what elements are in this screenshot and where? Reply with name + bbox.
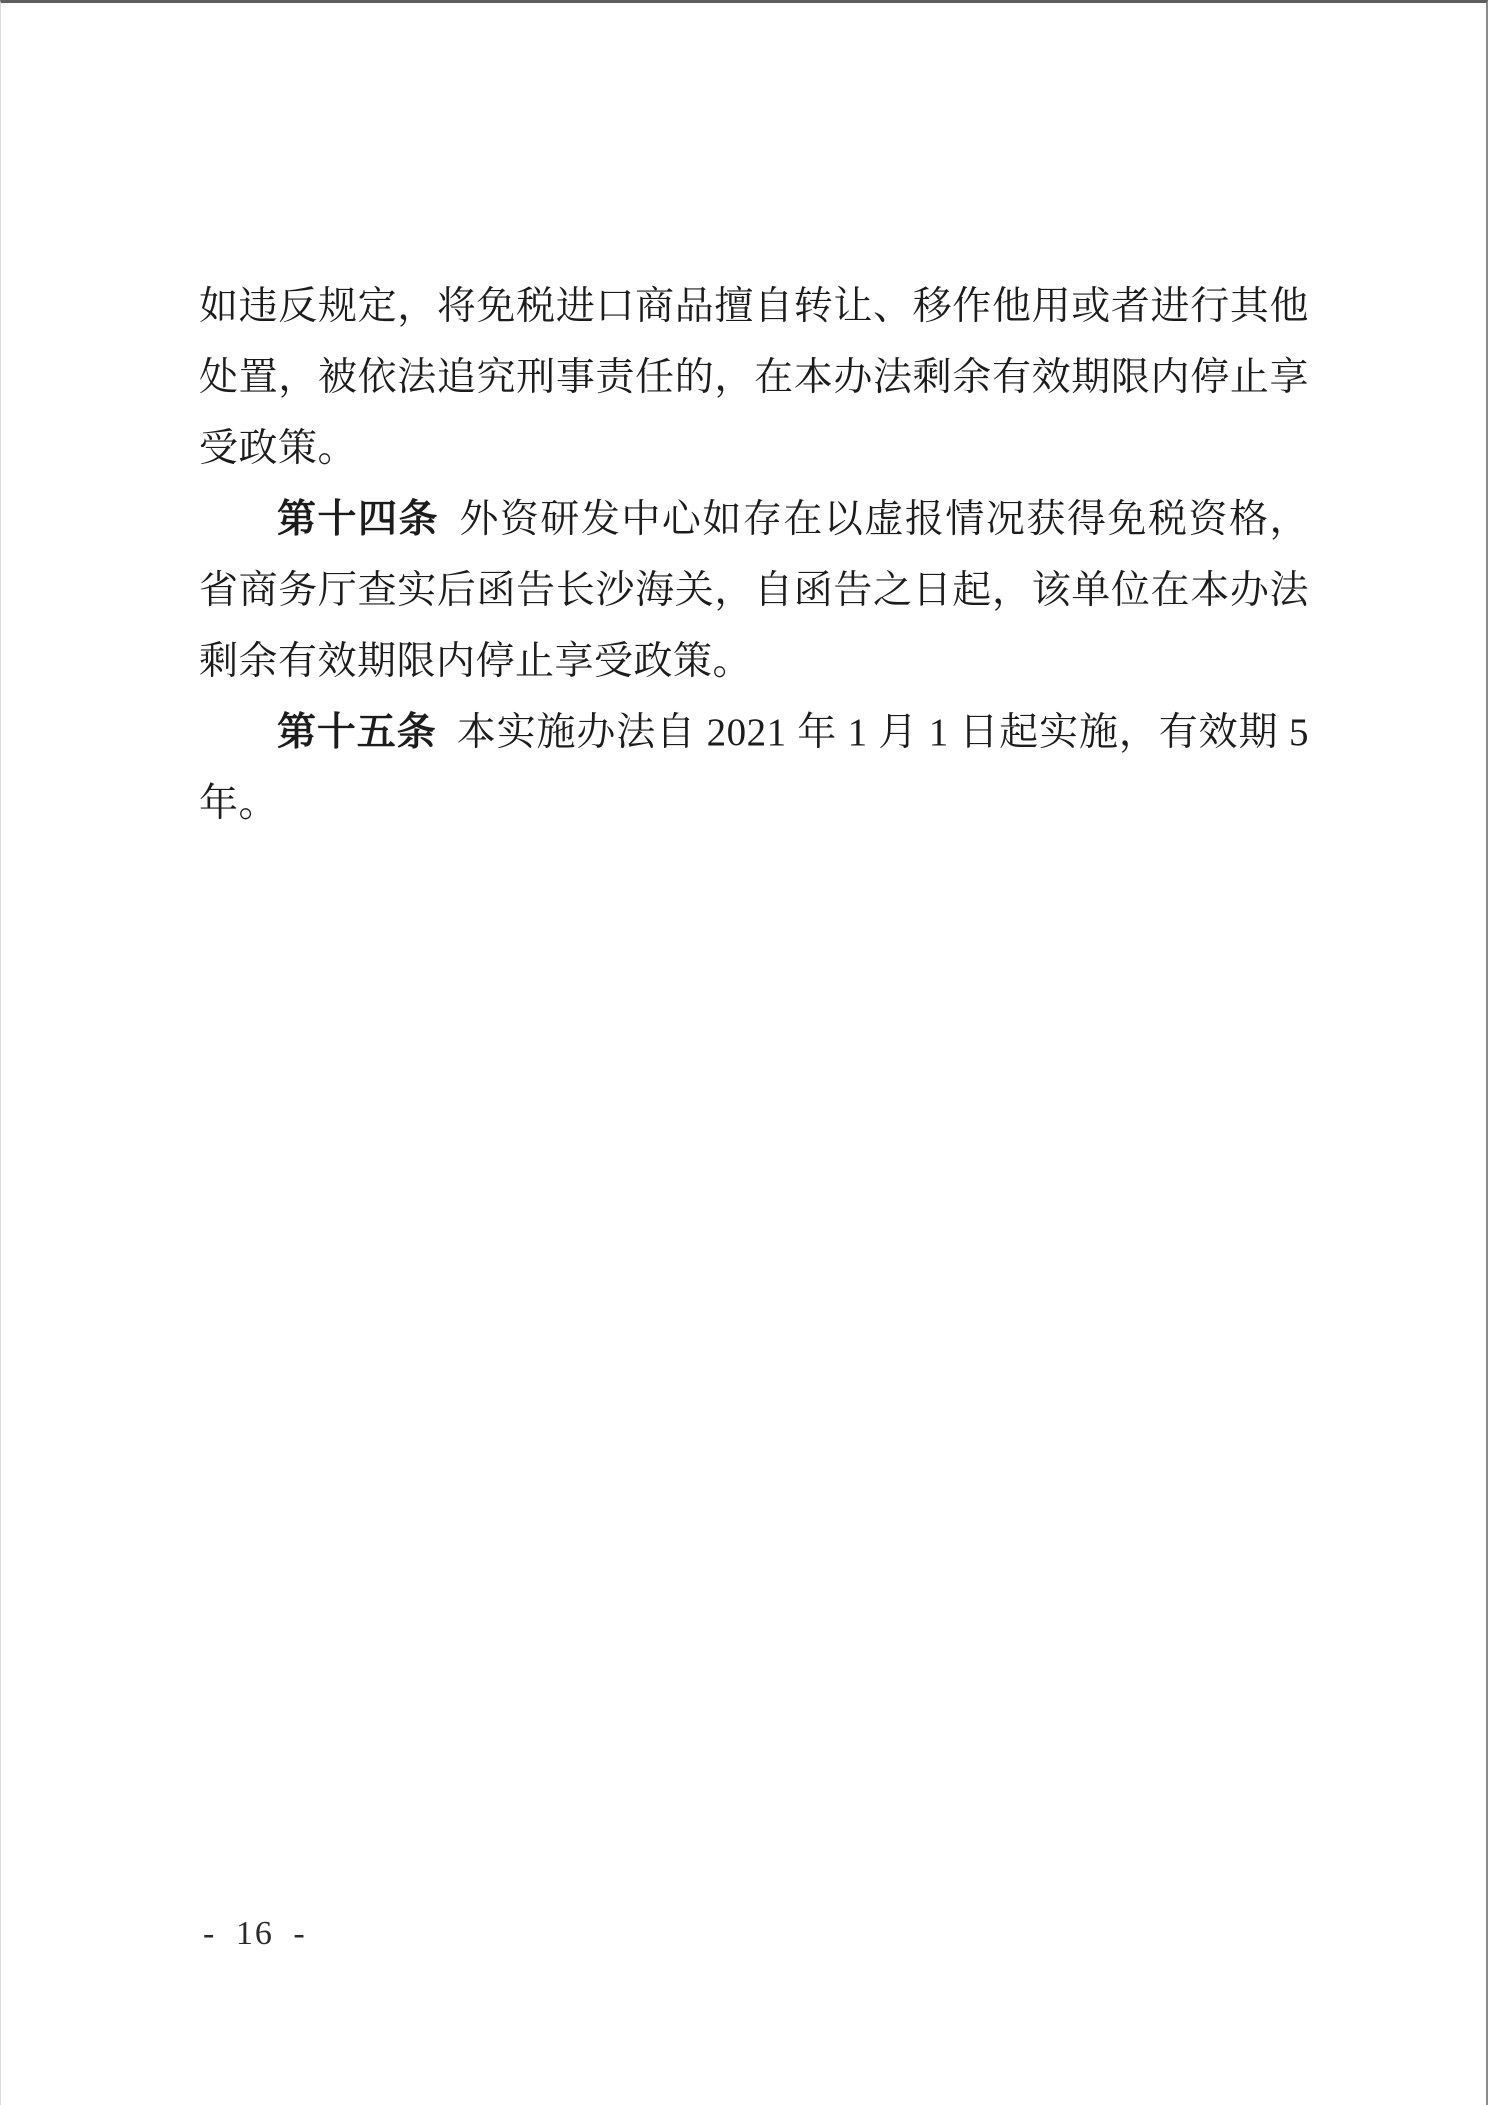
document-body: 如违反规定，将免税进口商品擅自转让、移作他用或者进行其他处置，被依法追究刑事责任…	[199, 271, 1309, 839]
article-15-label: 第十五条	[277, 711, 436, 754]
paragraph-continuation: 如违反规定，将免税进口商品擅自转让、移作他用或者进行其他处置，被依法追究刑事责任…	[199, 271, 1309, 484]
paragraph-article-14: 第十四条外资研发中心如存在以虚报情况获得免税资格，省商务厅查实后函告长沙海关，自…	[199, 484, 1309, 697]
page-footer: - 16 -	[203, 1911, 307, 1957]
document-page: 如违反规定，将免税进口商品擅自转让、移作他用或者进行其他处置，被依法追究刑事责任…	[0, 0, 1488, 2105]
article-14-label: 第十四条	[277, 498, 439, 541]
paragraph-text: 如违反规定，将免税进口商品擅自转让、移作他用或者进行其他处置，被依法追究刑事责任…	[199, 285, 1309, 470]
page-number: - 16 -	[203, 1911, 307, 1957]
paragraph-article-15: 第十五条本实施办法自 2021 年 1 月 1 日起实施，有效期 5 年。	[199, 697, 1309, 839]
